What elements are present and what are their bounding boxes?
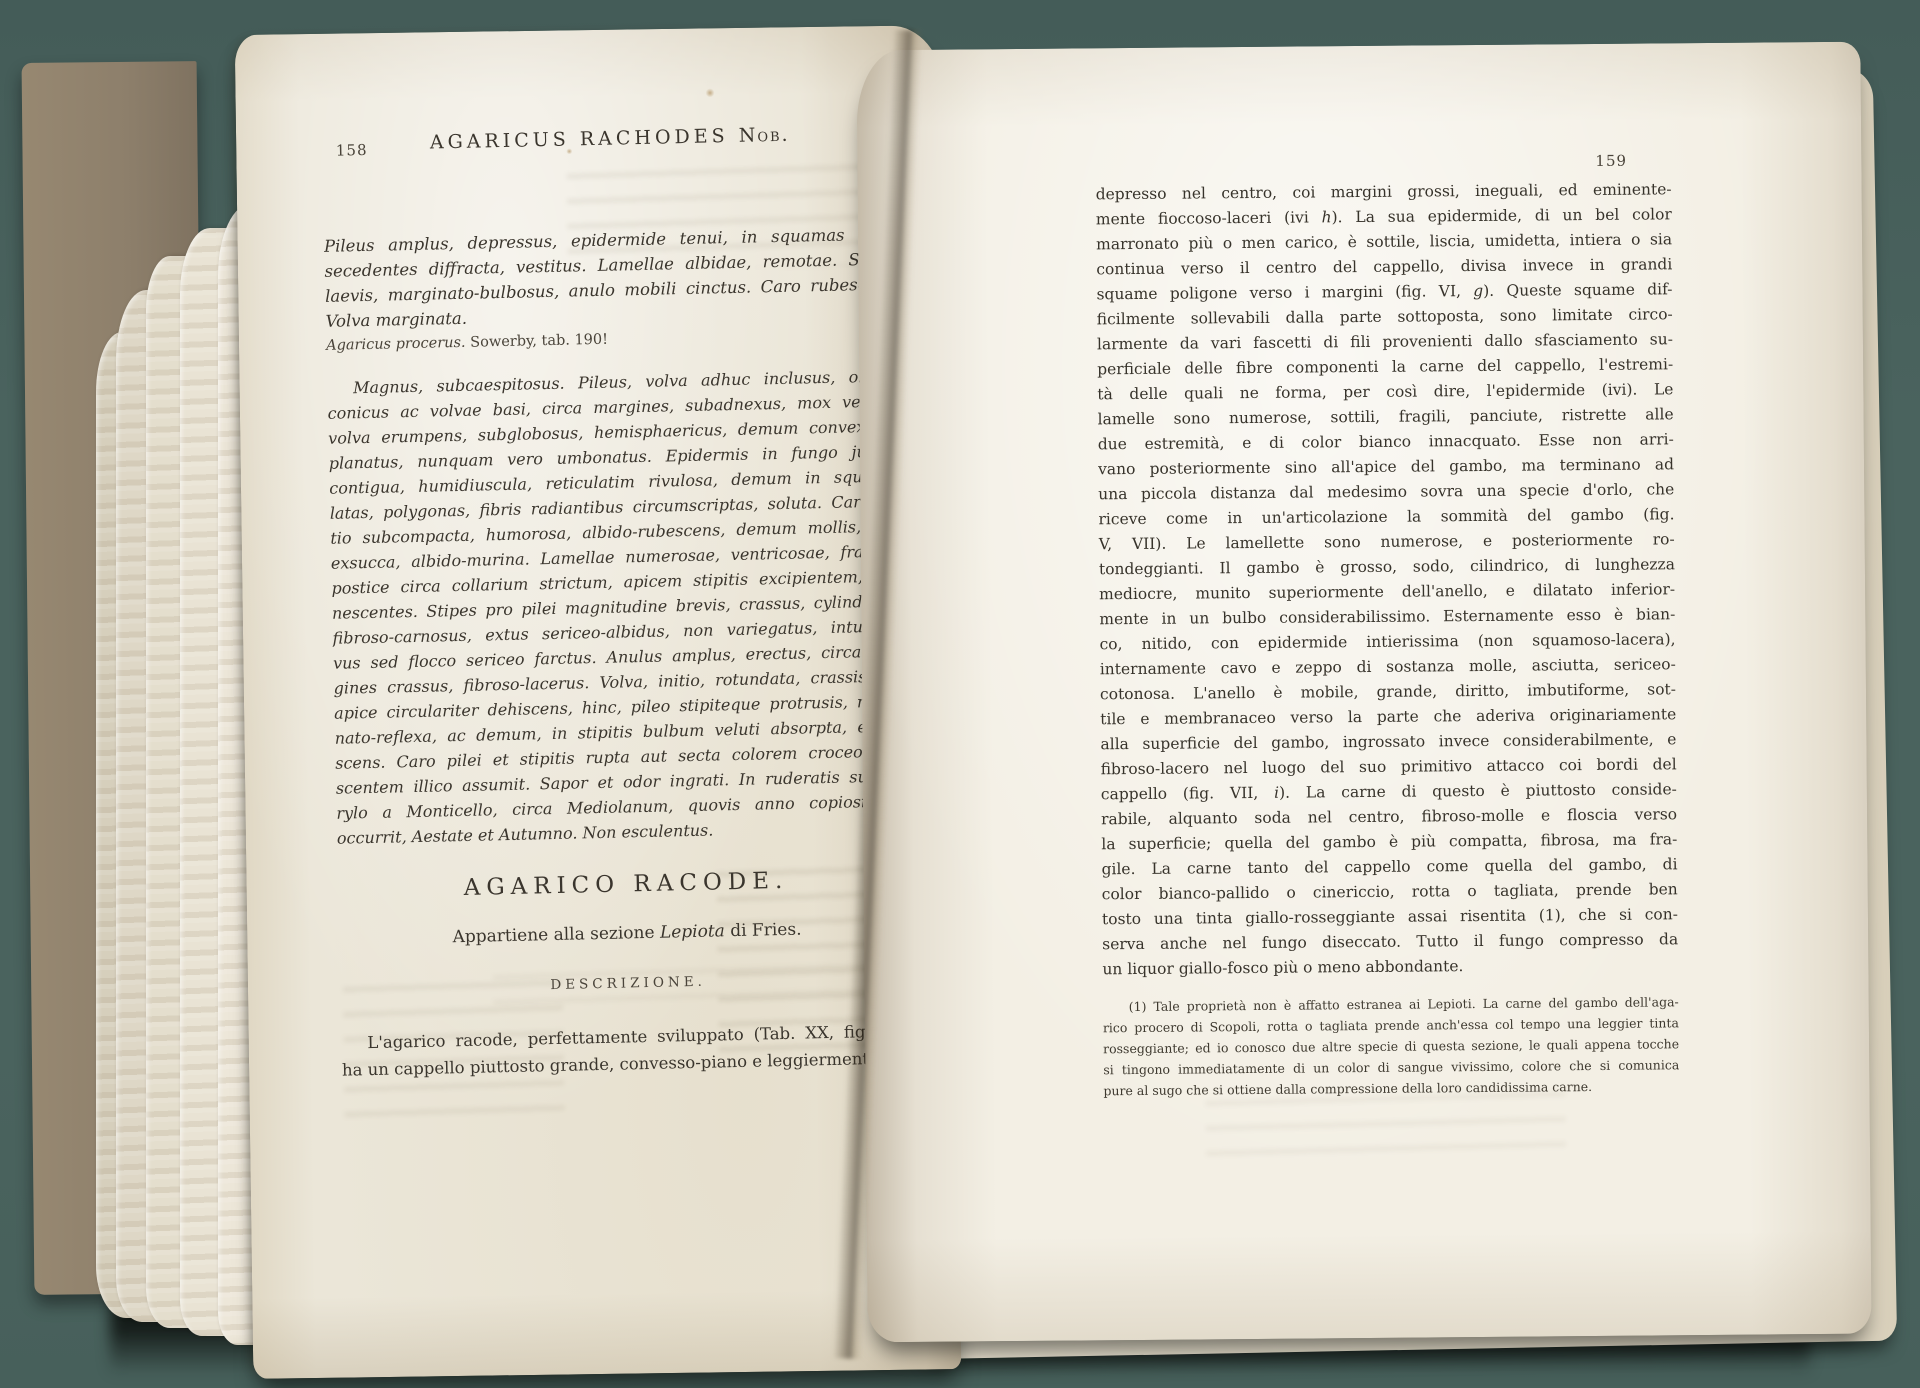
- photo-background: 158 AGARICUS RACHODES Nob. Pileus amplus…: [0, 0, 1920, 1388]
- latin-description-paragraph: Magnus, subcaespitosus. Pileus, volva ad…: [327, 363, 913, 850]
- latin-diagnosis-paragraph: Pileus amplus, depressus, epidermide ten…: [324, 221, 902, 334]
- descrizione-heading: DESCRIZIONE.: [340, 969, 916, 998]
- species-heading: AGARICO RACODE.: [338, 865, 914, 904]
- text-line: serva anche nel fungo diseccato. Tutto i…: [1102, 927, 1678, 957]
- right-page: 159 depresso nel centro, coi margini gro…: [856, 42, 1871, 1343]
- italian-opening-paragraph: L'agarico racode, perfettamente sviluppa…: [341, 1017, 918, 1084]
- italian-body-paragraph: depresso nel centro, coi margini grossi,…: [1096, 177, 1679, 982]
- running-title-suffix: Nob.: [738, 124, 789, 147]
- running-title: AGARICUS RACHODES Nob.: [322, 121, 898, 156]
- page-number: 159: [1595, 152, 1627, 170]
- text-line: un liquor giallo-fosco più o meno abbond…: [1102, 952, 1678, 982]
- text-line: pure al sugo che si ottiene dalla compre…: [1103, 1075, 1679, 1101]
- footnote-paragraph: (1) Tale proprietà non è affatto estrane…: [1103, 991, 1680, 1101]
- running-title-main: AGARICUS RACHODES: [430, 125, 729, 154]
- section-note: Appartiene alla sezione Lepiota di Fries…: [339, 917, 915, 950]
- right-page-content: 159 depresso nel centro, coi margini gro…: [856, 42, 1871, 1343]
